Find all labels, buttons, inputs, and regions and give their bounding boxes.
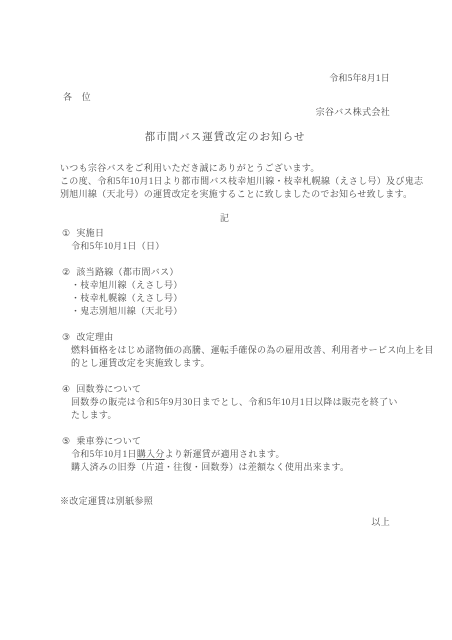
item-number-1: ① [62, 228, 70, 238]
section-coupon-tickets: ④回数券について 回数券の販売は令和5年9月30日までとし、令和5年10月1日以… [60, 383, 390, 422]
section-implementation-date: ①実施日 令和5年10月1日（日） [60, 227, 390, 253]
route-list-item: ・枝幸札幌線（えさし号） [60, 292, 390, 305]
document-page: 令和5年8月1日 各 位 宗谷バス株式会社 都市間バス運賃改定のお知らせ いつも… [0, 0, 452, 640]
section-line: 回数券の販売は令和5年9月30日までとし、令和5年10月1日以降は販売を終了い [60, 396, 390, 409]
ticket-line-prefix: 令和5年10月1日 [71, 449, 137, 459]
record-marker: 記 [60, 212, 390, 225]
section-line: 令和5年10月1日（日） [60, 240, 390, 253]
document-title: 都市間バス運賃改定のお知らせ [60, 131, 390, 145]
route-list-item: ・枝幸旭川線（えさし号） [60, 279, 390, 292]
section-heading: ③改定理由 [60, 331, 390, 344]
section-heading: ⑤乗車券について [60, 435, 390, 448]
greeting-line: いつも宗谷バスをご利用いただき誠にありがとうございます。 [60, 162, 390, 175]
section-line: 燃料価格をはじめ諸物価の高騰、運転手確保の為の雇用改善、利用者サービス向上を目 [60, 344, 390, 357]
section-line: 的とし運賃改定を実施致します。 [60, 357, 390, 370]
ticket-line-suffix: より新運賃が適用されます。 [165, 449, 285, 459]
item-number-2: ② [62, 267, 70, 277]
item-number-3: ③ [62, 332, 70, 342]
company-name: 宗谷バス株式会社 [60, 106, 390, 119]
section-heading: ④回数券について [60, 383, 390, 396]
addressee: 各 位 [60, 91, 390, 104]
footnote: ※改定運賃は別紙参照 [60, 495, 390, 508]
section-heading-text: 改定理由 [76, 332, 113, 342]
section-heading-text: 該当路線（都市間バス） [76, 267, 178, 277]
section-line: たします。 [60, 409, 390, 422]
closing: 以上 [60, 516, 390, 529]
intro-paragraph: いつも宗谷バスをご利用いただき誠にありがとうございます。 この度、令和5年10月… [60, 162, 390, 201]
section-revision-reason: ③改定理由 燃料価格をはじめ諸物価の高騰、運転手確保の為の雇用改善、利用者サービ… [60, 331, 390, 370]
item-number-5: ⑤ [62, 436, 70, 446]
document-date: 令和5年8月1日 [60, 72, 390, 85]
notice-sections: ①実施日 令和5年10月1日（日） ②該当路線（都市間バス） ・枝幸旭川線（えさ… [60, 227, 390, 474]
section-heading: ②該当路線（都市間バス） [60, 266, 390, 279]
section-heading: ①実施日 [60, 227, 390, 240]
intro-body-line: 別旭川線（天北号）の運賃改定を実施することに致しましたのでお知らせ致します。 [60, 188, 390, 201]
item-number-4: ④ [62, 384, 70, 394]
section-heading-text: 回数券について [76, 384, 141, 394]
intro-body-line: この度、令和5年10月1日より都市間バス枝幸旭川線・枝幸札幌線（えさし号）及び鬼… [60, 175, 390, 188]
underlined-purchase-text: 購入分 [137, 449, 165, 459]
section-heading-text: 実施日 [76, 228, 104, 238]
section-line: 購入済みの旧券（片道・往復・回数券）は差額なく使用出来ます。 [60, 461, 390, 474]
section-applicable-routes: ②該当路線（都市間バス） ・枝幸旭川線（えさし号） ・枝幸札幌線（えさし号） ・… [60, 266, 390, 318]
section-passenger-tickets: ⑤乗車券について 令和5年10月1日購入分より新運賃が適用されます。 購入済みの… [60, 435, 390, 474]
section-line: 令和5年10月1日購入分より新運賃が適用されます。 [60, 448, 390, 461]
route-list-item: ・鬼志別旭川線（天北号） [60, 305, 390, 318]
section-heading-text: 乗車券について [76, 436, 141, 446]
